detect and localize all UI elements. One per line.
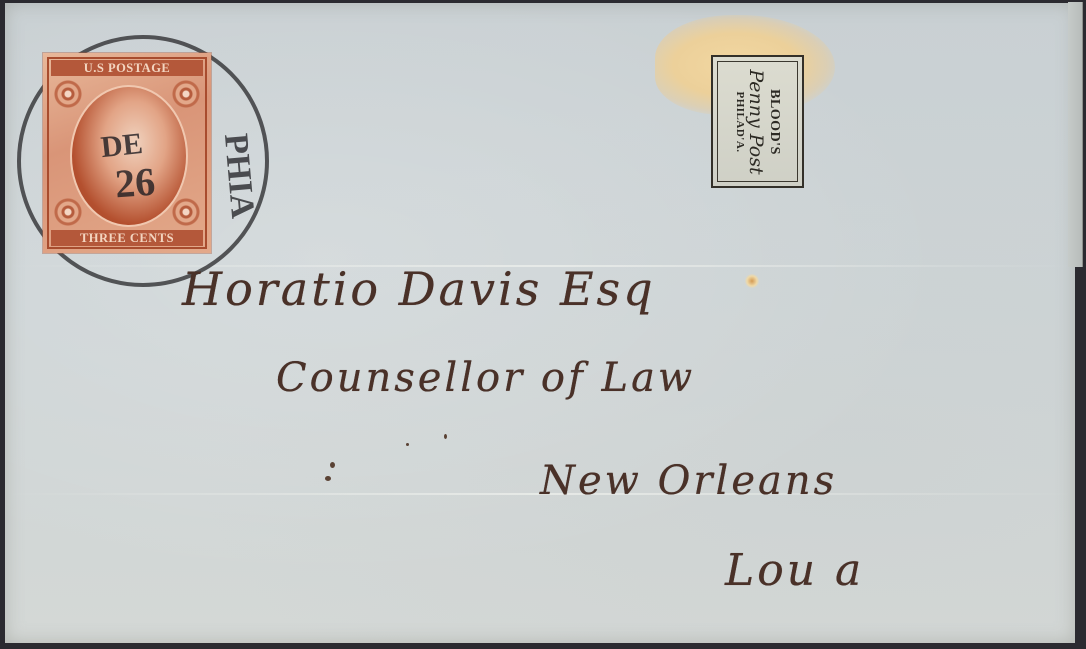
us-three-cent-stamp: U.S POSTAGE DE 26 THREE CENTS bbox=[43, 53, 211, 253]
stamp-top-label: U.S POSTAGE bbox=[51, 60, 203, 76]
address-title: Counsellor of Law bbox=[276, 355, 695, 401]
address-state: Lou a bbox=[725, 545, 864, 596]
rosette-ornament-icon bbox=[51, 195, 85, 229]
local-stamp-line2: Penny Post bbox=[746, 69, 766, 174]
address-city: New Orleans bbox=[540, 458, 837, 504]
ink-speck bbox=[330, 462, 335, 468]
rosette-ornament-icon bbox=[51, 77, 85, 111]
foxing-spot bbox=[745, 274, 759, 288]
ink-speck bbox=[325, 476, 331, 481]
rosette-ornament-icon bbox=[169, 77, 203, 111]
address-recipient: Horatio Davis Esq bbox=[182, 262, 656, 316]
ink-speck bbox=[444, 434, 447, 439]
postmark-town-right: PHIA bbox=[216, 132, 261, 220]
local-stamp-line3: PHILAD'A. bbox=[734, 69, 746, 174]
local-stamp-text: BLOOD'S Penny Post PHILAD'A. bbox=[734, 69, 782, 174]
envelope-flap-edge bbox=[1068, 2, 1083, 267]
bloods-penny-post-stamp: BLOOD'S Penny Post PHILAD'A. bbox=[711, 55, 804, 188]
cancel-day: 26 bbox=[113, 158, 156, 208]
local-stamp-line1: BLOOD'S bbox=[766, 69, 782, 174]
stamp-bottom-label: THREE CENTS bbox=[51, 230, 203, 246]
ink-speck bbox=[406, 443, 409, 446]
